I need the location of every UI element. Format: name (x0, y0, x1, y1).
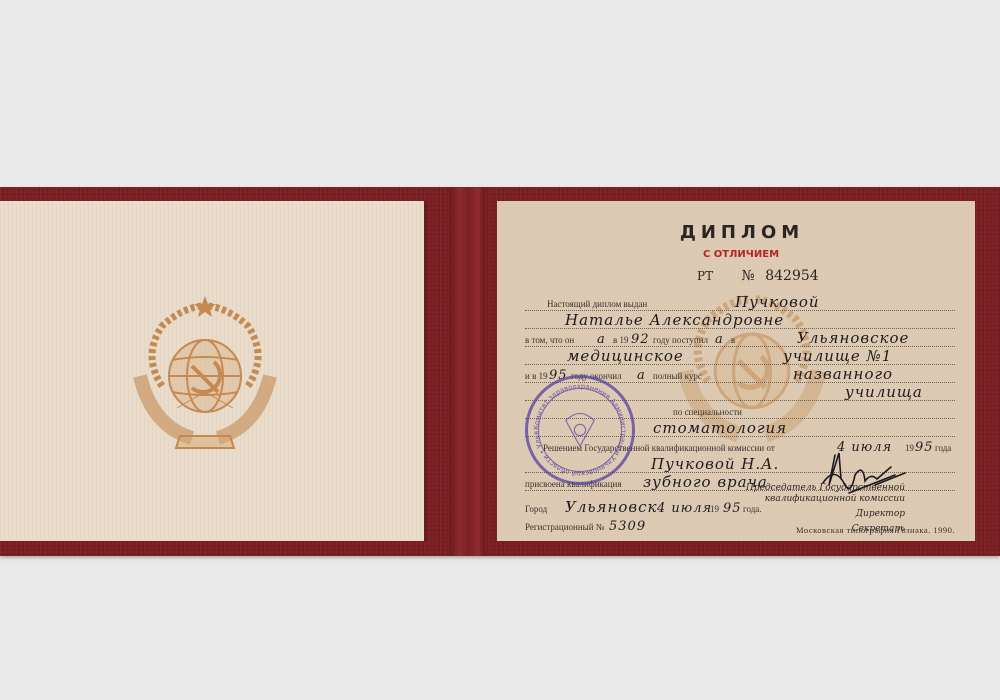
line-school: медицинское училище №1 (525, 350, 955, 365)
city: Ульяновск (565, 498, 658, 516)
line-issued: Настоящий диплом выдан Пучковой (525, 296, 955, 311)
line-given-names: Наталье Александровне (525, 314, 955, 329)
line-entered: в том, что он а в 19 92 году поступил а … (525, 332, 955, 347)
diploma-title: ДИПЛОМ (497, 222, 975, 243)
official-stamp: Комитет здравоохранения Администрации Ул… (525, 375, 635, 485)
entered-year: 92 (631, 332, 650, 347)
diploma-serial: РТ № 842954 (697, 268, 819, 284)
course-handwritten-1: названного (793, 365, 893, 383)
course-handwritten-2: училища (845, 383, 923, 401)
decision-year: 95 (915, 440, 934, 455)
school-name-1: Ульяновское (797, 329, 909, 347)
svg-text:Комитет здравоохранения Админи: Комитет здравоохранения Администрации Ул… (528, 378, 628, 478)
ussr-coat-of-arms-icon (122, 296, 288, 466)
signature-icon (815, 445, 915, 505)
diploma-number: 842954 (765, 268, 818, 284)
registration-number: 5309 (609, 519, 646, 534)
cover-spine (449, 187, 485, 556)
surname: Пучковой (735, 293, 820, 311)
printer-imprint: Московская типография Гознака. 1990. (796, 525, 955, 535)
footer-date: 4 июля (657, 501, 712, 516)
right-page: ДИПЛОМ С ОТЛИЧИЕМ РТ № 842954 Настоящий … (497, 201, 975, 541)
series: РТ (697, 269, 713, 283)
stamp-emblem-icon: Комитет здравоохранения Администрации Ул… (528, 378, 632, 482)
diploma-subtitle: С ОТЛИЧИЕМ (497, 249, 975, 260)
specialty: стоматология (653, 419, 787, 437)
line-registration: Регистрационный № 5309 (525, 519, 595, 533)
school-name-3: училище №1 (783, 347, 892, 365)
school-name-2: медицинское (567, 347, 684, 365)
number-sign: № (742, 268, 755, 284)
left-page (0, 201, 424, 541)
line-city-date: Город Ульяновск 4 июля 19 95 года. (525, 501, 755, 515)
footer-year: 95 (723, 501, 742, 516)
given-names: Наталье Александровне (565, 311, 784, 329)
page-edge-shadow (424, 201, 427, 541)
that-label: в том, что он (525, 335, 574, 345)
diploma-cover: ДИПЛОМ С ОТЛИЧИЕМ РТ № 842954 Настоящий … (0, 187, 1000, 556)
name-short: Пучковой Н.А. (651, 455, 779, 473)
issued-label: Настоящий диплом выдан (547, 299, 647, 309)
